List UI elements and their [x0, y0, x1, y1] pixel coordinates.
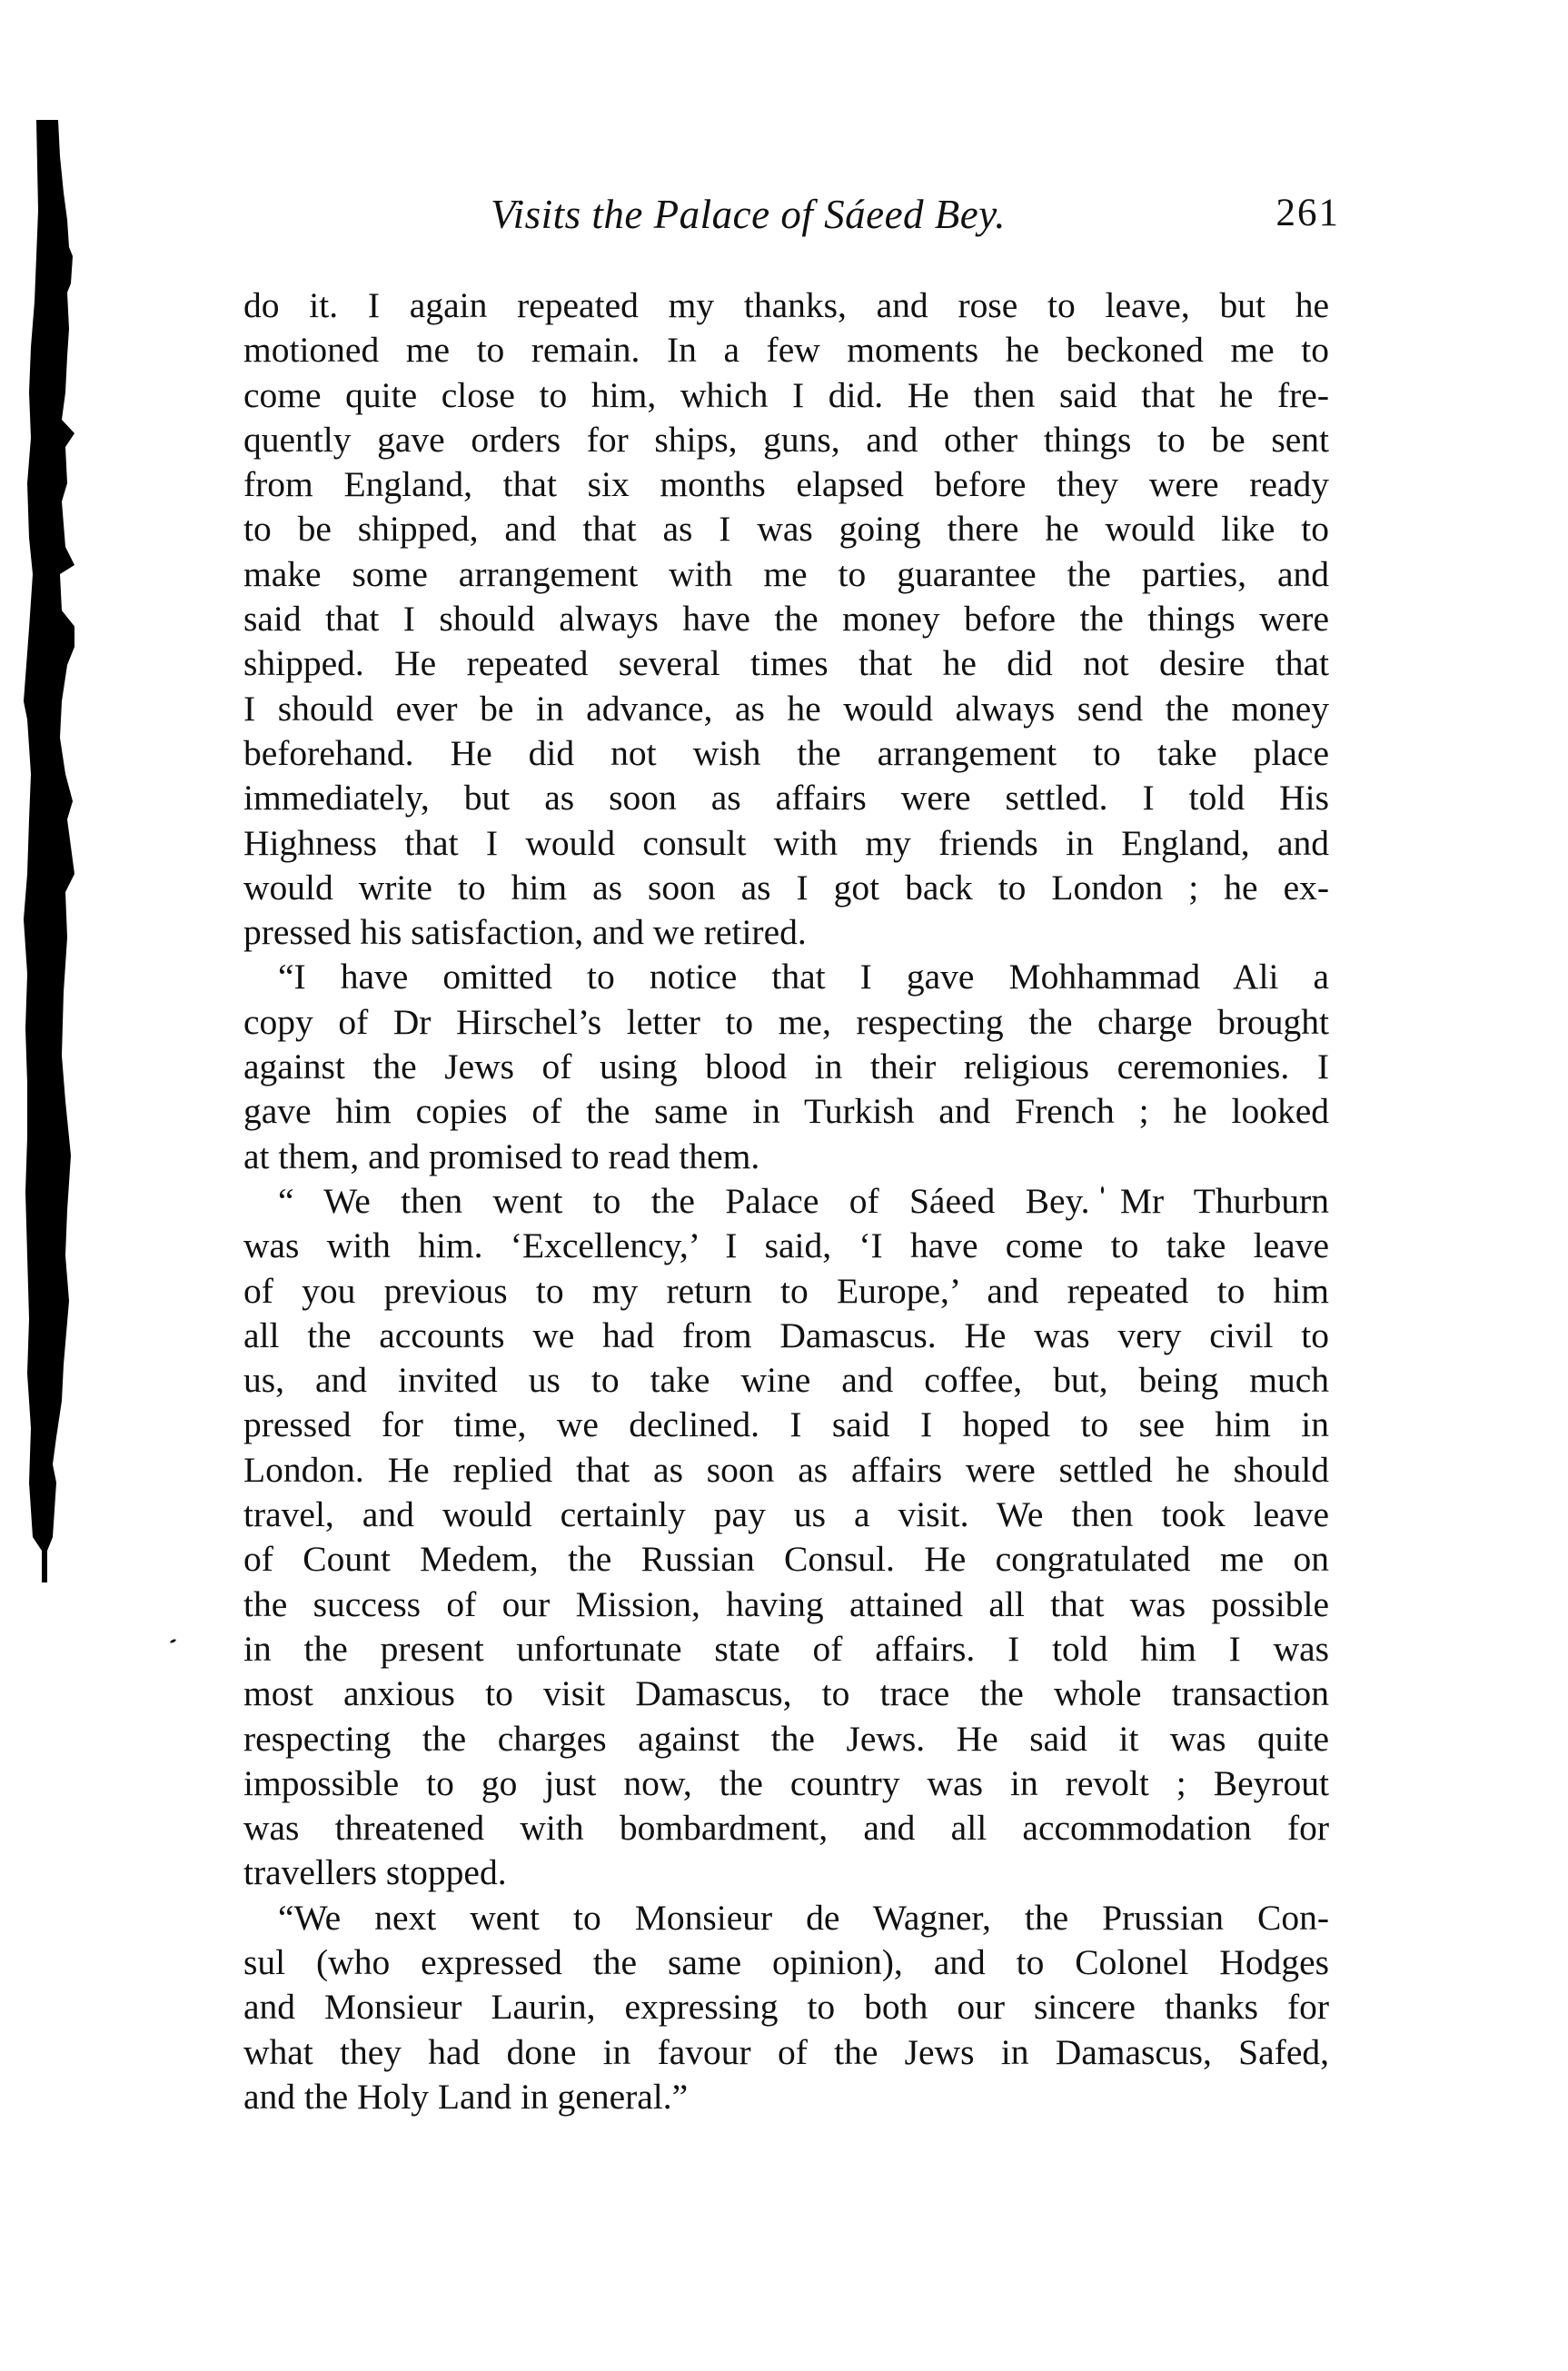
- text-line: do it. I again repeated my thanks, and r…: [243, 283, 1329, 328]
- text-line: shipped. He repeated several times that …: [243, 641, 1329, 686]
- text-line: would write to him as soon as I got back…: [243, 866, 1329, 910]
- text-line: motioned me to remain. In a few moments …: [243, 328, 1329, 372]
- text-line: and the Holy Land in general.”: [243, 2075, 1329, 2119]
- running-head: Visits the Palace of Sáeed Bey.: [491, 191, 1006, 238]
- text-line: impossible to go just now, the country w…: [243, 1761, 1329, 1806]
- page-number: 261: [1276, 191, 1341, 235]
- text-line: was threatened with bombardment, and all…: [243, 1806, 1329, 1850]
- binding-shadow-icon: [20, 120, 74, 1582]
- text-line: against the Jews of using blood in their…: [243, 1045, 1329, 1089]
- text-line: “I have omitted to notice that I gave Mo…: [243, 955, 1329, 999]
- text-line: in the present unfortunate state of affa…: [243, 1627, 1329, 1672]
- text-line: make some arrangement with me to guarant…: [243, 552, 1329, 597]
- text-line: all the accounts we had from Damascus. H…: [243, 1314, 1329, 1358]
- text-line: gave him copies of the same in Turkish a…: [243, 1089, 1329, 1134]
- scan-speck: [170, 1639, 177, 1644]
- text-line: of Count Medem, the Russian Consul. He c…: [243, 1537, 1329, 1582]
- text-line: respecting the charges against the Jews.…: [243, 1717, 1329, 1761]
- text-line: I should ever be in advance, as he would…: [243, 687, 1329, 731]
- text-line: come quite close to him, which I did. He…: [243, 373, 1329, 418]
- text-line: London. He replied that as soon as affai…: [243, 1448, 1329, 1493]
- text-line: sul (who expressed the same opinion), an…: [243, 1940, 1329, 1985]
- text-line: to be shipped, and that as I was going t…: [243, 507, 1329, 551]
- text-line: copy of Dr Hirschel’s letter to me, resp…: [243, 1000, 1329, 1045]
- text-line: travel, and would certainly pay us a vis…: [243, 1493, 1329, 1537]
- text-line: from England, that six months elapsed be…: [243, 462, 1329, 507]
- text-line: pressed for time, we declined. I said I …: [243, 1403, 1329, 1447]
- text-line: said that I should always have the money…: [243, 597, 1329, 641]
- text-line: Highness that I would consult with my fr…: [243, 821, 1329, 866]
- text-line: what they had done in favour of the Jews…: [243, 2030, 1329, 2075]
- text-line: us, and invited us to take wine and coff…: [243, 1358, 1329, 1403]
- text-line: most anxious to visit Damascus, to trace…: [243, 1672, 1329, 1716]
- text-line: and Monsieur Laurin, expressing to both …: [243, 1985, 1329, 2029]
- text-line: of you previous to my return to Europe,’…: [243, 1269, 1329, 1314]
- text-line: at them, and promised to read them.: [243, 1135, 1329, 1179]
- scan-binding-edge: [20, 120, 74, 1582]
- text-line: “We next went to Monsieur de Wagner, the…: [243, 1896, 1329, 1940]
- text-line: was with him. ‘Excellency,’ I said, ‘I h…: [243, 1224, 1329, 1268]
- body-text: do it. I again repeated my thanks, and r…: [243, 283, 1329, 2119]
- text-line: pressed his satisfaction, and we retired…: [243, 910, 1329, 955]
- page-header: Visits the Palace of Sáeed Bey. 261: [472, 191, 1340, 245]
- text-line: the success of our Mission, having attai…: [243, 1582, 1329, 1627]
- text-line: beforehand. He did not wish the arrangem…: [243, 731, 1329, 776]
- scan-speck: [1101, 1186, 1104, 1194]
- text-line: quently gave orders for ships, guns, and…: [243, 418, 1329, 462]
- text-line: immediately, but as soon as affairs were…: [243, 776, 1329, 820]
- text-line: “ We then went to the Palace of Sáeed Be…: [243, 1179, 1329, 1224]
- text-line: travellers stopped.: [243, 1850, 1329, 1895]
